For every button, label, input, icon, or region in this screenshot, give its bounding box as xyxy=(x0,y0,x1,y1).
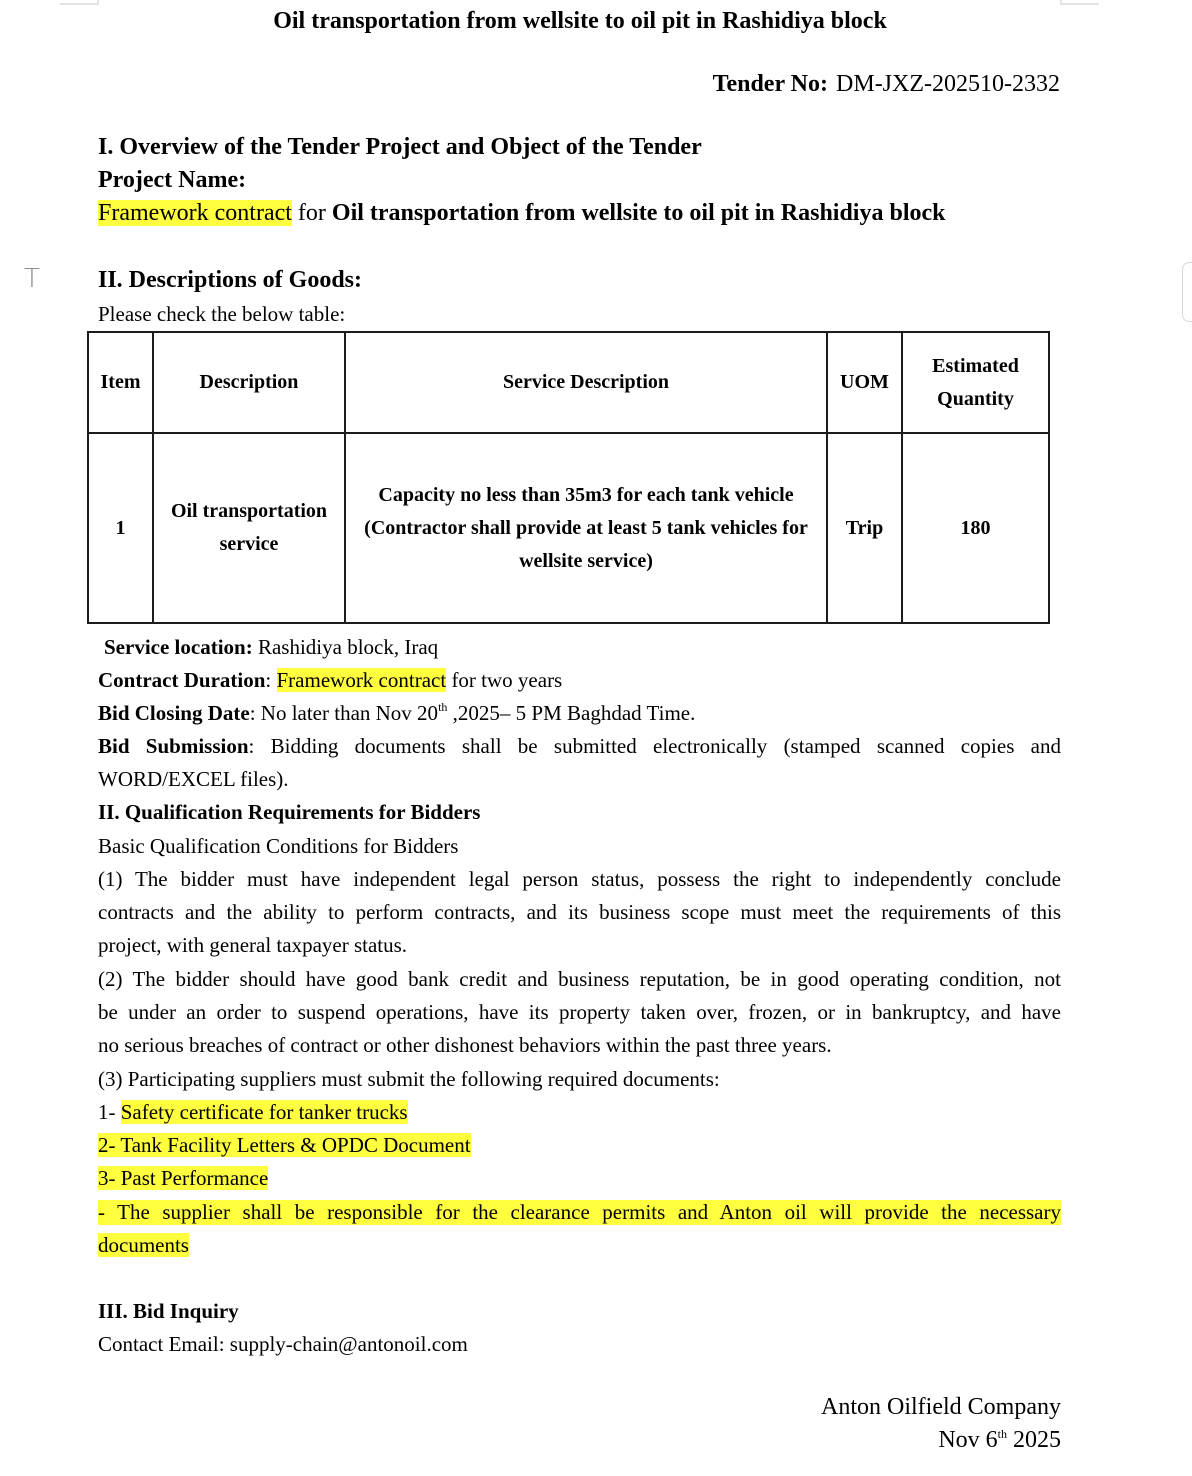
project-name-label: Project Name: xyxy=(98,167,246,194)
signature-date-main: Nov 6 xyxy=(938,1427,997,1453)
contract-duration-highlight: Framework contract xyxy=(277,668,447,692)
qualification-item2-line3: no serious breaches of contract or other… xyxy=(98,1033,832,1058)
contract-duration-label: Contract Duration xyxy=(98,668,265,692)
cell-description-text: Oil transportation service xyxy=(164,495,334,561)
section1-heading: I. Overview of the Tender Project and Ob… xyxy=(98,134,702,161)
required-doc-2-text: 2- Tank Facility Letters & OPDC Document xyxy=(98,1133,471,1157)
cell-service-description-text: Capacity no less than 35m3 for each tank… xyxy=(361,479,811,578)
project-name-highlight: Framework contract xyxy=(98,200,292,226)
service-location-label: Service location: xyxy=(104,635,253,659)
header-estimated-quantity-text: Estimated Quantity xyxy=(926,350,1026,416)
tender-label: Tender No: xyxy=(713,71,828,97)
supplier-note-line1: - The supplier shall be responsible for … xyxy=(98,1200,1061,1225)
cell-service-description: Capacity no less than 35m3 for each tank… xyxy=(345,433,827,623)
cell-description: Oil transportation service xyxy=(153,433,345,623)
required-doc-1-prefix: 1- xyxy=(98,1100,121,1124)
bid-closing-label: Bid Closing Date xyxy=(98,701,250,725)
document-title: Oil transportation from wellsite to oil … xyxy=(0,8,1160,35)
service-location: Service location: Rashidiya block, Iraq xyxy=(104,635,438,660)
required-doc-1: 1- Safety certificate for tanker trucks xyxy=(98,1100,408,1125)
header-estimated-quantity: Estimated Quantity xyxy=(902,332,1049,433)
bid-closing-ordinal: th xyxy=(438,700,447,714)
header-service-description: Service Description xyxy=(345,332,827,433)
qualification-subheading: Basic Qualification Conditions for Bidde… xyxy=(98,834,458,859)
bid-closing-date: Bid Closing Date: No later than Nov 20th… xyxy=(98,701,695,726)
text-tool-icon: T xyxy=(24,266,40,292)
header-uom: UOM xyxy=(827,332,902,433)
bid-submission-line2: WORD/EXCEL files). xyxy=(98,767,289,792)
qualification-item1-line2: contracts and the ability to perform con… xyxy=(98,900,1061,925)
required-doc-1-text: Safety certificate for tanker trucks xyxy=(121,1100,408,1124)
goods-table: Item Description Service Description UOM… xyxy=(87,331,1050,624)
supplier-note-line2-text: documents xyxy=(98,1233,189,1257)
qualification-item3: (3) Participating suppliers must submit … xyxy=(98,1067,720,1092)
page-corner-mark-right xyxy=(1060,0,1099,5)
signature-company: Anton Oilfield Company xyxy=(821,1394,1061,1421)
bid-closing-time: ,2025– 5 PM Baghdad Time. xyxy=(447,701,695,725)
cell-quantity: 180 xyxy=(902,433,1049,623)
bid-closing-value: : No later than Nov 20 xyxy=(250,701,438,725)
signature-date-year: 2025 xyxy=(1007,1427,1061,1453)
required-doc-3: 3- Past Performance xyxy=(98,1166,268,1191)
qualification-item2-line2: be under an order to suspend operations,… xyxy=(98,1000,1061,1025)
cell-uom: Trip xyxy=(827,433,902,623)
qualification-heading: II. Qualification Requirements for Bidde… xyxy=(98,800,480,825)
table-header-row: Item Description Service Description UOM… xyxy=(88,332,1049,433)
tender-value: DM-JXZ-202510-2332 xyxy=(836,71,1060,97)
contact-email[interactable]: Contact Email: supply-chain@antonoil.com xyxy=(98,1332,468,1357)
qualification-item2-line1: (2) The bidder should have good bank cre… xyxy=(98,967,1061,992)
header-description: Description xyxy=(153,332,345,433)
signature-date-ordinal: th xyxy=(998,1427,1007,1441)
cell-item: 1 xyxy=(88,433,153,623)
contract-duration: Contract Duration: Framework contract fo… xyxy=(98,668,562,693)
contract-duration-value: for two years xyxy=(446,668,562,692)
signature-date: Nov 6th 2025 xyxy=(938,1427,1061,1454)
bid-submission-line1: Bid Submission: Bidding documents shall … xyxy=(98,734,1061,759)
side-panel-handle[interactable] xyxy=(1182,262,1192,322)
tender-number: Tender No:DM-JXZ-202510-2332 xyxy=(713,71,1060,98)
project-name-connector: for xyxy=(292,200,332,226)
page-corner-mark-left xyxy=(60,0,99,5)
required-doc-2: 2- Tank Facility Letters & OPDC Document xyxy=(98,1133,471,1158)
inquiry-heading: III. Bid Inquiry xyxy=(98,1299,239,1324)
supplier-note-line2: documents xyxy=(98,1233,189,1258)
qualification-item1-line1: (1) The bidder must have independent leg… xyxy=(98,867,1061,892)
bid-submission-text: : Bidding documents shall be submitted e… xyxy=(249,734,1061,758)
qualification-item1-line3: project, with general taxpayer status. xyxy=(98,933,407,958)
required-doc-3-text: 3- Past Performance xyxy=(98,1166,268,1190)
project-name-bold: Oil transportation from wellsite to oil … xyxy=(332,200,946,226)
table-intro: Please check the below table: xyxy=(98,302,345,327)
service-location-value: Rashidiya block, Iraq xyxy=(253,635,438,659)
header-item: Item xyxy=(88,332,153,433)
bid-submission-label: Bid Submission xyxy=(98,734,249,758)
project-name: Framework contract for Oil transportatio… xyxy=(98,200,946,227)
section2-heading: II. Descriptions of Goods: xyxy=(98,267,362,294)
table-row: 1 Oil transportation service Capacity no… xyxy=(88,433,1049,623)
